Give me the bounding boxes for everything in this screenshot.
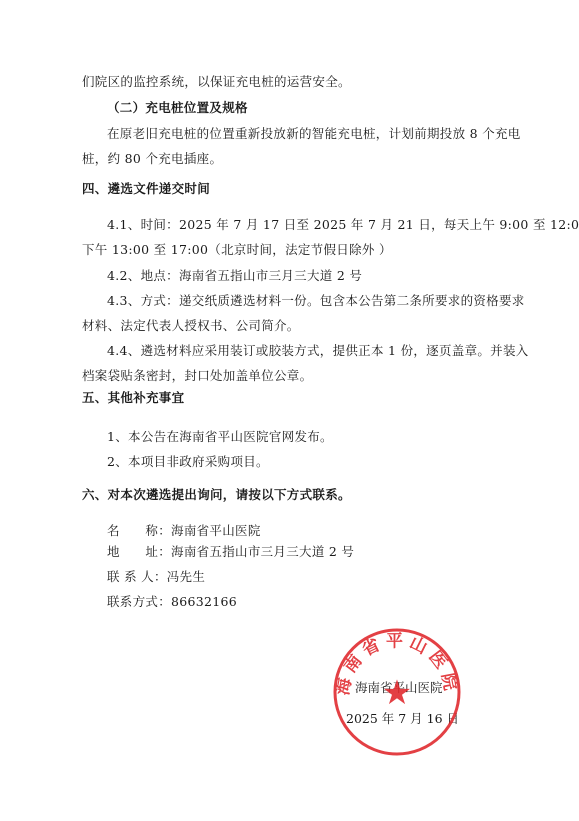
section4-item: 材料、法定代表人授权书、公司简介。 (82, 318, 300, 334)
seal-star-icon: ★ (382, 673, 412, 713)
section-heading-5: 五、其他补充事宜 (82, 390, 184, 406)
paragraph-line: 桩，约 80 个充电插座。 (82, 151, 222, 167)
subsection-heading: （二）充电桩位置及规格 (107, 100, 248, 116)
paragraph-line: 们院区的监控系统，以保证充电桩的运营安全。 (82, 74, 351, 90)
contact-label: 联系方式： (107, 594, 171, 610)
section4-item: 下午 13:00 至 17:00（北京时间，法定节假日除外 ） (82, 242, 392, 258)
contact-value: 海南省五指山市三月三大道 2 号 (171, 544, 354, 559)
contact-value: 海南省平山医院 (171, 523, 261, 538)
section4-item: 4.3、方式：递交纸质遴选材料一份。包含本公告第二条所要求的资格要求 (107, 293, 525, 309)
contact-value: 冯先生 (167, 569, 205, 584)
section-heading-4: 四、遴选文件递交时间 (82, 181, 210, 197)
contact-name-row: 名 称：海南省平山医院 (107, 523, 261, 539)
section-heading-6: 六、对本次遴选提出询问，请按以下方式联系。 (82, 487, 351, 503)
contact-value: 86632166 (171, 594, 237, 609)
section4-item: 4.1、时间：2025 年 7 月 17 日至 2025 年 7 月 21 日，… (107, 217, 579, 233)
contact-phone-row: 联系方式：86632166 (107, 594, 237, 610)
contact-label: 名 称： (107, 523, 171, 539)
section4-item: 4.2、地点：海南省五指山市三月三大道 2 号 (107, 268, 362, 284)
contact-person-row: 联 系 人：冯先生 (107, 569, 205, 585)
document-page: 们院区的监控系统，以保证充电桩的运营安全。 （二）充电桩位置及规格 在原老旧充电… (0, 0, 579, 821)
section4-item: 4.4、遴选材料应采用装订或胶装方式，提供正本 1 份，逐页盖章。并装入 (107, 343, 529, 359)
official-seal-icon: 海南省平山医院 ★ (331, 626, 463, 758)
paragraph-line: 在原老旧充电桩的位置重新投放新的智能充电桩，计划前期投放 8 个充电 (107, 126, 521, 142)
contact-label: 地 址： (107, 544, 171, 560)
contact-label: 联 系 人： (107, 569, 167, 585)
contact-address-row: 地 址：海南省五指山市三月三大道 2 号 (107, 544, 354, 560)
section5-item: 2、本项目非政府采购项目。 (107, 454, 269, 470)
section5-item: 1、本公告在海南省平山医院官网发布。 (107, 429, 333, 445)
section4-item: 档案袋贴条密封，封口处加盖单位公章。 (82, 368, 312, 384)
